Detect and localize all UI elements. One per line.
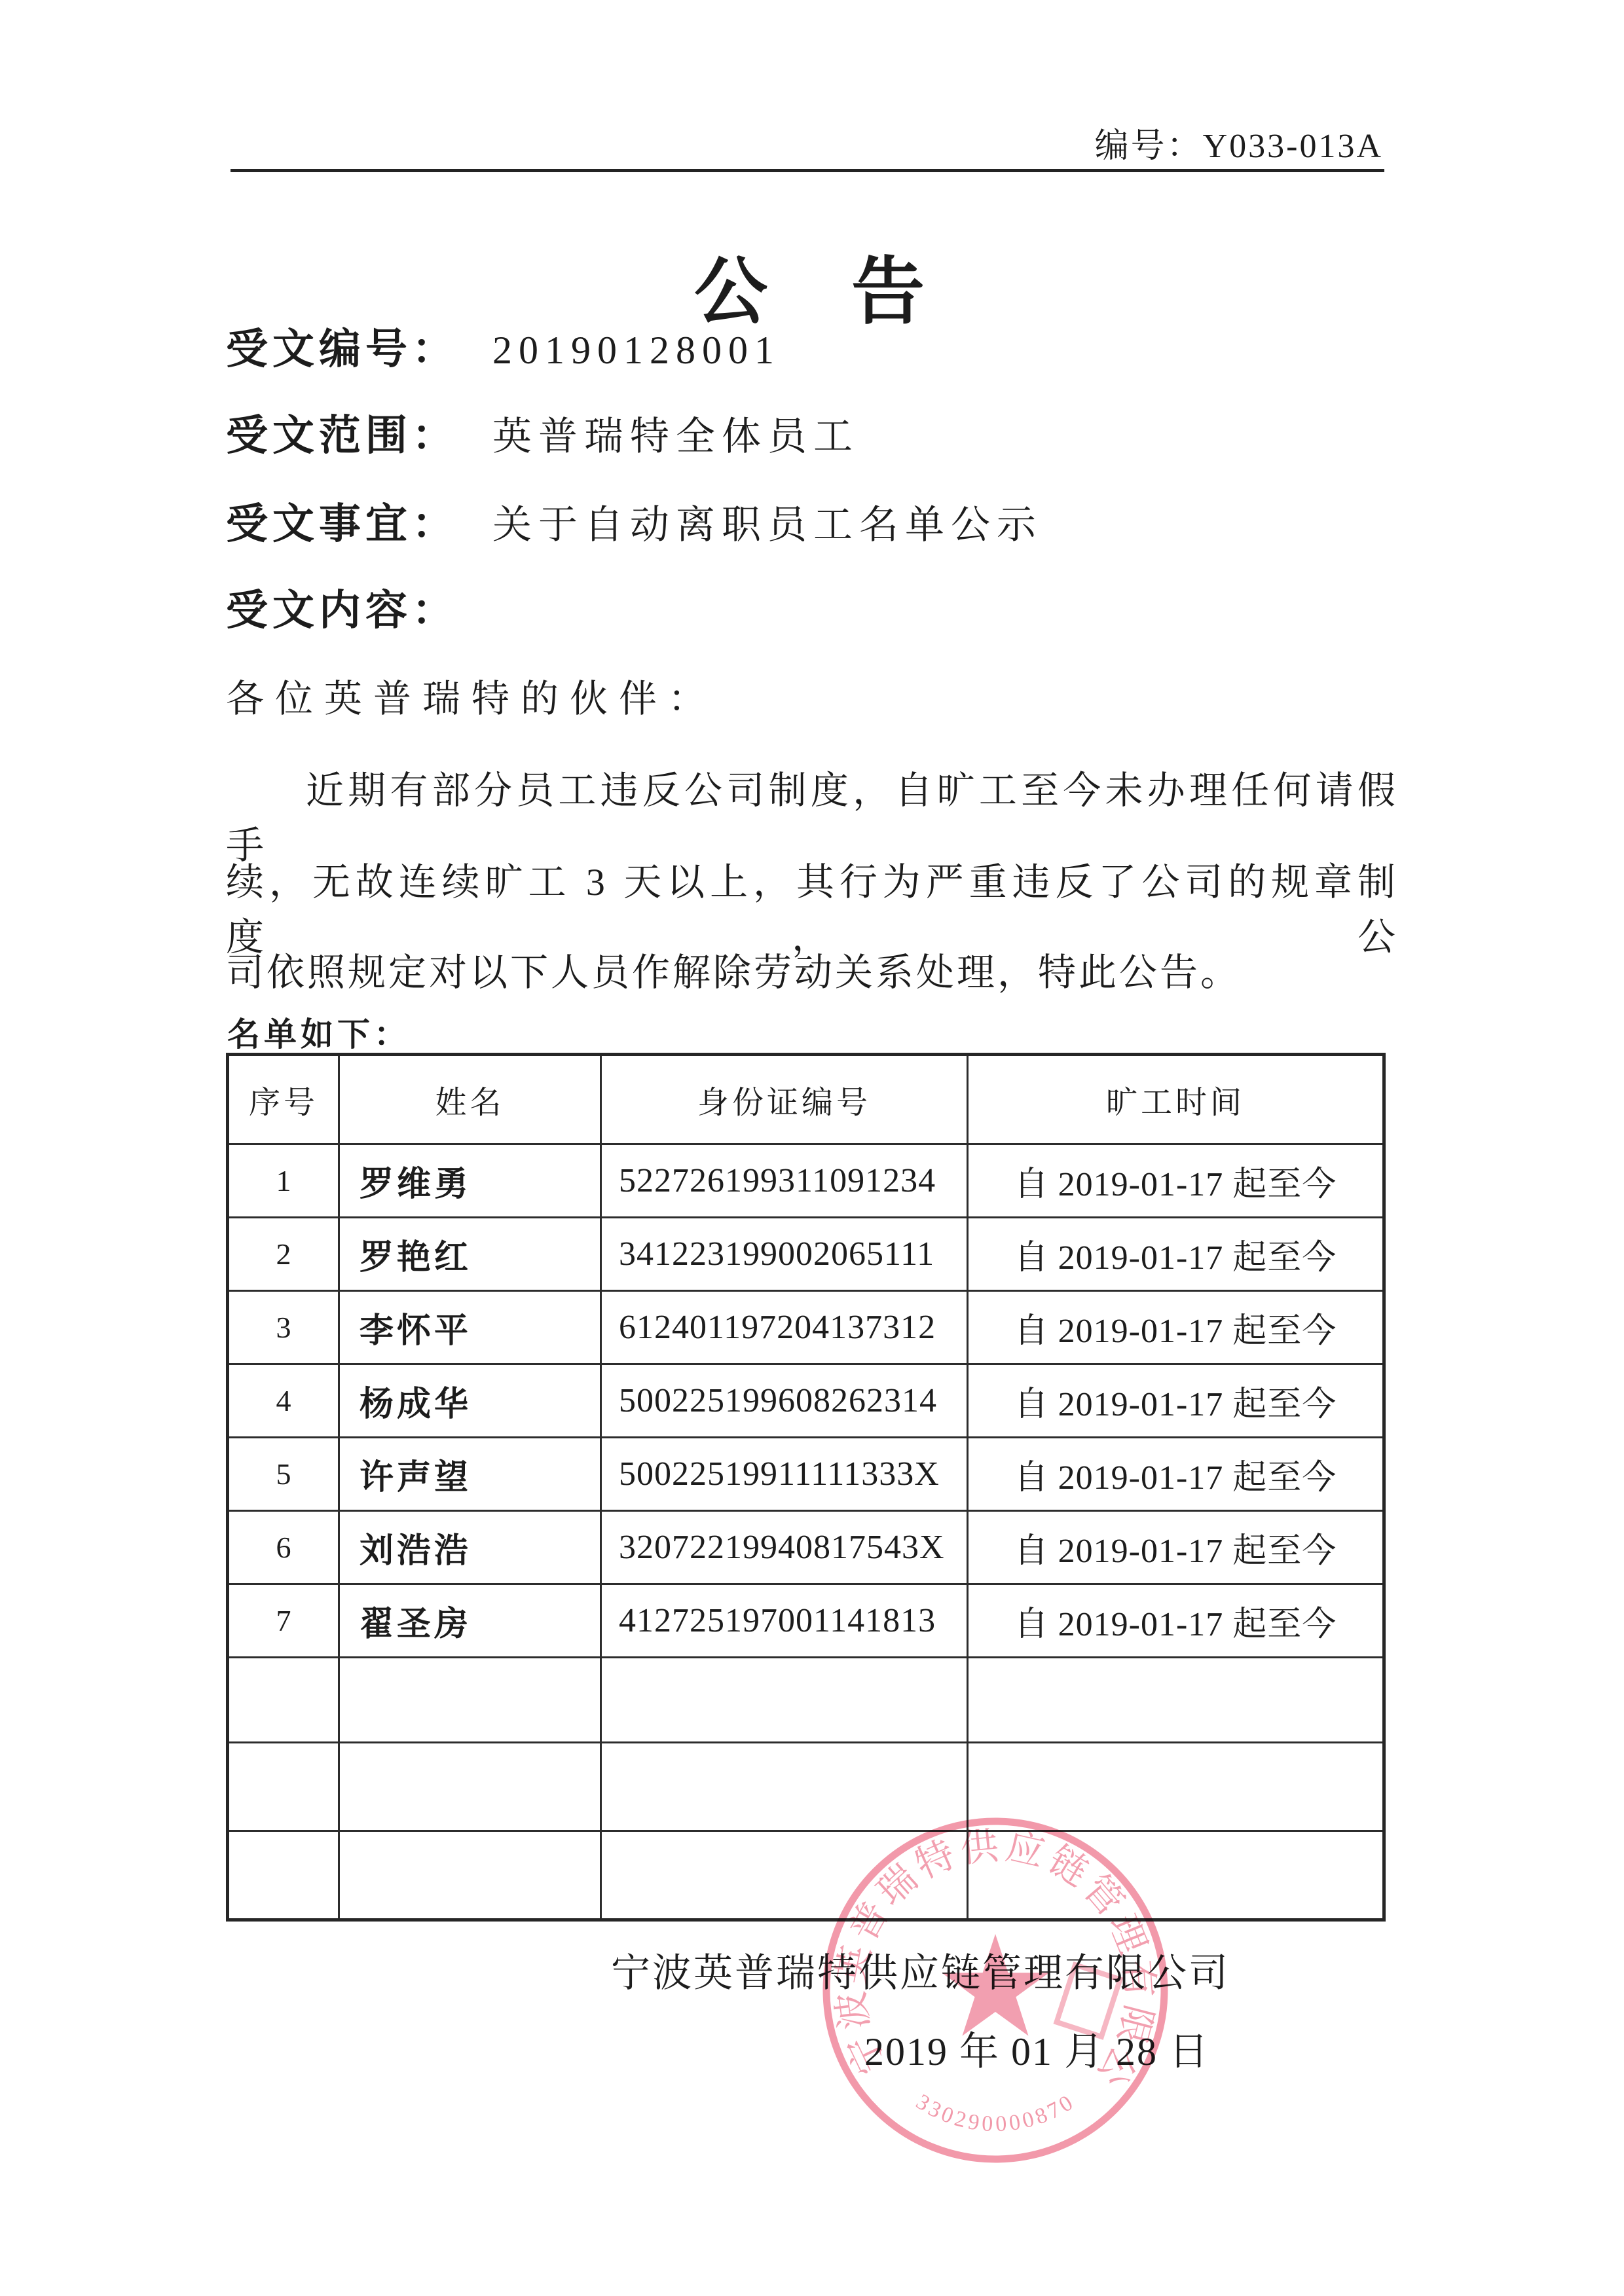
row-no-cell: 6 — [228, 1511, 339, 1584]
doc-code: 编号：Y033-013A — [0, 118, 1383, 167]
row-period-cell: 自 2019-01-17 起至今 — [968, 1144, 1384, 1218]
table-empty-row — [228, 1831, 1384, 1920]
signature-date: 2019 年 01 月 28 日 — [864, 2020, 1209, 2077]
row-period-cell: 自 2019-01-17 起至今 — [968, 1438, 1384, 1511]
row-id-cell: 500225199608262314 — [601, 1364, 968, 1438]
header-cell-no: 序号 — [228, 1055, 339, 1144]
empty-cell — [228, 1743, 339, 1831]
empty-cell — [339, 1743, 601, 1831]
row-id-cell: 612401197204137312 — [601, 1291, 968, 1364]
row-name-cell: 刘浩浩 — [339, 1511, 601, 1584]
dismissed-employees-table: 序号 姓名 身份证编号 旷工时间 1 罗维勇 52272619931109123… — [226, 1053, 1386, 1922]
table-header-row: 序号 姓名 身份证编号 旷工时间 — [228, 1055, 1384, 1144]
row-id-cell: 412725197001141813 — [601, 1584, 968, 1658]
row-id-cell: 522726199311091234 — [601, 1144, 968, 1218]
row-period-cell: 自 2019-01-17 起至今 — [968, 1218, 1384, 1291]
field-doc-subject: 受文事宜：关于自动离职员工名单公示 — [226, 490, 1043, 551]
row-name-cell: 翟圣房 — [339, 1584, 601, 1658]
body-line: 司依照规定对以下人员作解除劳动关系处理，特此公告。 — [226, 941, 1399, 996]
field-doc-scope-label: 受文范围： — [226, 412, 458, 459]
field-doc-scope-value: 英普瑞特全体员工 — [492, 415, 859, 458]
table-row: 2 罗艳红 341223199002065111 自 2019-01-17 起至… — [228, 1218, 1384, 1291]
header-rule-line — [231, 169, 1384, 172]
row-no-cell: 3 — [228, 1291, 339, 1364]
field-doc-scope: 受文范围：英普瑞特全体员工 — [226, 402, 859, 462]
table-row: 6 刘浩浩 32072219940817543X 自 2019-01-17 起至… — [228, 1511, 1384, 1584]
row-id-cell: 341223199002065111 — [601, 1218, 968, 1291]
row-no-cell: 7 — [228, 1584, 339, 1658]
table-row: 1 罗维勇 522726199311091234 自 2019-01-17 起至… — [228, 1144, 1384, 1218]
table-row: 7 翟圣房 412725197001141813 自 2019-01-17 起至… — [228, 1584, 1384, 1658]
field-doc-number-value: 20190128001 — [492, 329, 781, 372]
empty-cell — [968, 1658, 1384, 1743]
empty-cell — [228, 1658, 339, 1743]
field-doc-number: 受文编号：20190128001 — [226, 316, 781, 376]
row-id-cell: 32072219940817543X — [601, 1511, 968, 1584]
row-name-cell: 杨成华 — [339, 1364, 601, 1438]
empty-cell — [601, 1831, 968, 1920]
row-period-cell: 自 2019-01-17 起至今 — [968, 1511, 1384, 1584]
field-doc-number-label: 受文编号： — [226, 326, 458, 373]
signature-company-name: 宁波英普瑞特供应链管理有限公司 — [611, 1942, 1230, 1998]
field-doc-subject-value: 关于自动离职员工名单公示 — [492, 503, 1043, 547]
field-doc-content-label: 受文内容： — [226, 587, 458, 634]
empty-cell — [601, 1743, 968, 1831]
field-doc-content: 受文内容： — [226, 577, 492, 637]
row-name-cell: 罗艳红 — [339, 1218, 601, 1291]
row-name-cell: 许声望 — [339, 1438, 601, 1511]
empty-cell — [228, 1831, 339, 1920]
empty-cell — [968, 1743, 1384, 1831]
empty-cell — [339, 1831, 601, 1920]
doc-code-label: 编号： — [1095, 128, 1203, 165]
table-row: 5 许声望 50022519911111333X 自 2019-01-17 起至… — [228, 1438, 1384, 1511]
table-row: 3 李怀平 612401197204137312 自 2019-01-17 起至… — [228, 1291, 1384, 1364]
header-cell-period: 旷工时间 — [968, 1055, 1384, 1144]
table-empty-row — [228, 1743, 1384, 1831]
header-cell-id: 身份证编号 — [601, 1055, 968, 1144]
row-no-cell: 4 — [228, 1364, 339, 1438]
salutation-line: 各位英普瑞特的伙伴： — [226, 668, 717, 723]
row-no-cell: 1 — [228, 1144, 339, 1218]
table-empty-row — [228, 1658, 1384, 1743]
row-name-cell: 李怀平 — [339, 1291, 601, 1364]
doc-code-value: Y033-013A — [1203, 128, 1383, 165]
field-doc-subject-label: 受文事宜： — [226, 501, 458, 547]
row-period-cell: 自 2019-01-17 起至今 — [968, 1364, 1384, 1438]
empty-cell — [968, 1831, 1384, 1920]
empty-cell — [339, 1658, 601, 1743]
row-no-cell: 5 — [228, 1438, 339, 1511]
header-cell-name: 姓名 — [339, 1055, 601, 1144]
row-id-cell: 50022519911111333X — [601, 1438, 968, 1511]
row-period-cell: 自 2019-01-17 起至今 — [968, 1584, 1384, 1658]
row-period-cell: 自 2019-01-17 起至今 — [968, 1291, 1384, 1364]
row-no-cell: 2 — [228, 1218, 339, 1291]
row-name-cell: 罗维勇 — [339, 1144, 601, 1218]
announcement-document-page: 编号：Y033-013A 公 告 受文编号：20190128001 受文范围：英… — [0, 0, 1624, 2296]
empty-cell — [601, 1658, 968, 1743]
list-label: 名单如下： — [227, 1008, 411, 1055]
table-row: 4 杨成华 500225199608262314 自 2019-01-17 起至… — [228, 1364, 1384, 1438]
